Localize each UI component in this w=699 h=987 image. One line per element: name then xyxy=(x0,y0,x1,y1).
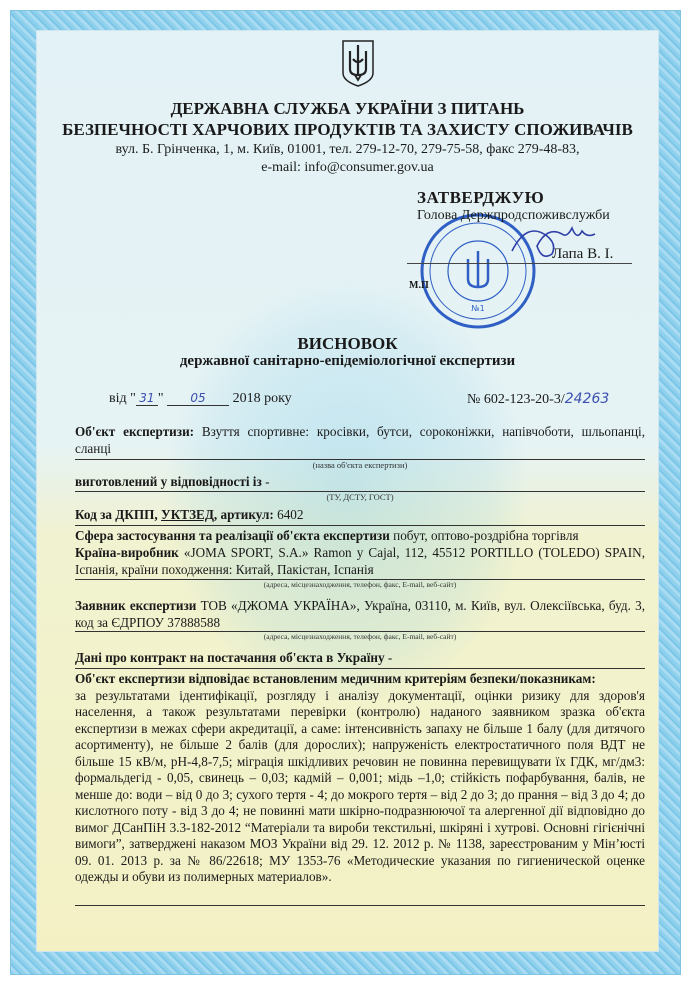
org-name-line-2: БЕЗПЕЧНОСТІ ХАРЧОВИХ ПРОДУКТІВ ТА ЗАХИСТ… xyxy=(37,120,658,140)
signature-line xyxy=(407,263,632,264)
compliance-text: за результатами ідентифікації, розгляду … xyxy=(75,688,645,886)
sphere-value: побут, оптово-роздрібна торгівля xyxy=(393,528,578,543)
approval-title: ЗАТВЕРДЖУЮ xyxy=(417,188,610,208)
date-year: 2018 року xyxy=(233,391,292,406)
svg-text:№1: №1 xyxy=(471,304,484,313)
document-subtitle: державної санітарно-епідеміологічної екс… xyxy=(37,353,658,370)
compliance-field: Об'єкт експертизи відповідає встановлени… xyxy=(75,671,645,886)
compliance-label: Об'єкт експертизи відповідає встановлени… xyxy=(75,671,645,688)
approval-block: ЗАТВЕРДЖУЮ Голова Держпродспоживслужби xyxy=(417,188,610,224)
contract-field: Дані про контракт на постачання об'єкта … xyxy=(75,650,645,667)
divider xyxy=(75,905,645,906)
applicant-caption: (адреса, місцезнаходження, телефон, факс… xyxy=(75,632,645,641)
made-field: виготовлений у відповідності із - xyxy=(75,474,645,491)
object-field: Об'єкт експертизи: Взуття спортивне: кро… xyxy=(75,424,645,457)
org-name-line-1: ДЕРЖАВНА СЛУЖБА УКРАЇНИ З ПИТАНЬ xyxy=(37,99,658,119)
applicant-field: Заявник експертизи ТОВ «ДЖОМА УКРАЇНА», … xyxy=(75,598,645,631)
contract-value: - xyxy=(388,650,392,665)
divider xyxy=(75,668,645,669)
date-month: 05 xyxy=(167,391,229,406)
code-field: Код за ДКПП, УКТЗЕД, артикул: 6402 xyxy=(75,507,645,524)
certificate-paper: ДЕРЖАВНА СЛУЖБА УКРАЇНИ З ПИТАНЬ БЕЗПЕЧН… xyxy=(36,30,659,952)
document-number: № 602-123-20-3/24263 xyxy=(467,391,609,408)
seal-label: М.П xyxy=(409,280,429,291)
approver-position: Голова Держпродспоживслужби xyxy=(417,208,610,224)
divider xyxy=(75,525,645,526)
code-value: 6402 xyxy=(277,507,303,522)
document-title: ВИСНОВОК xyxy=(37,334,658,354)
object-caption: (назва об'єкта експертизи) xyxy=(75,460,645,470)
country-caption: (адреса, місцезнаходження, телефон, факс… xyxy=(75,580,645,589)
approver-name: Лапа В. І. xyxy=(552,246,613,263)
sphere-field: Сфера застосування та реалізації об'єкта… xyxy=(75,528,645,545)
made-value: - xyxy=(265,474,269,489)
document-date: від "31" 05 2018 року xyxy=(109,391,292,407)
org-email: e-mail: info@consumer.gov.ua xyxy=(37,160,658,176)
made-caption: (ТУ, ДСТУ, ГОСТ) xyxy=(75,492,645,502)
date-day: 31 xyxy=(136,391,158,406)
trident-coat-of-arms-icon xyxy=(341,39,375,87)
number-handwritten: 24263 xyxy=(565,391,610,407)
country-field: Країна-виробник «JOMA SPORT, S.A.» Ramon… xyxy=(75,545,645,578)
org-address: вул. Б. Грінченка, 1, м. Київ, 01001, те… xyxy=(37,142,658,158)
